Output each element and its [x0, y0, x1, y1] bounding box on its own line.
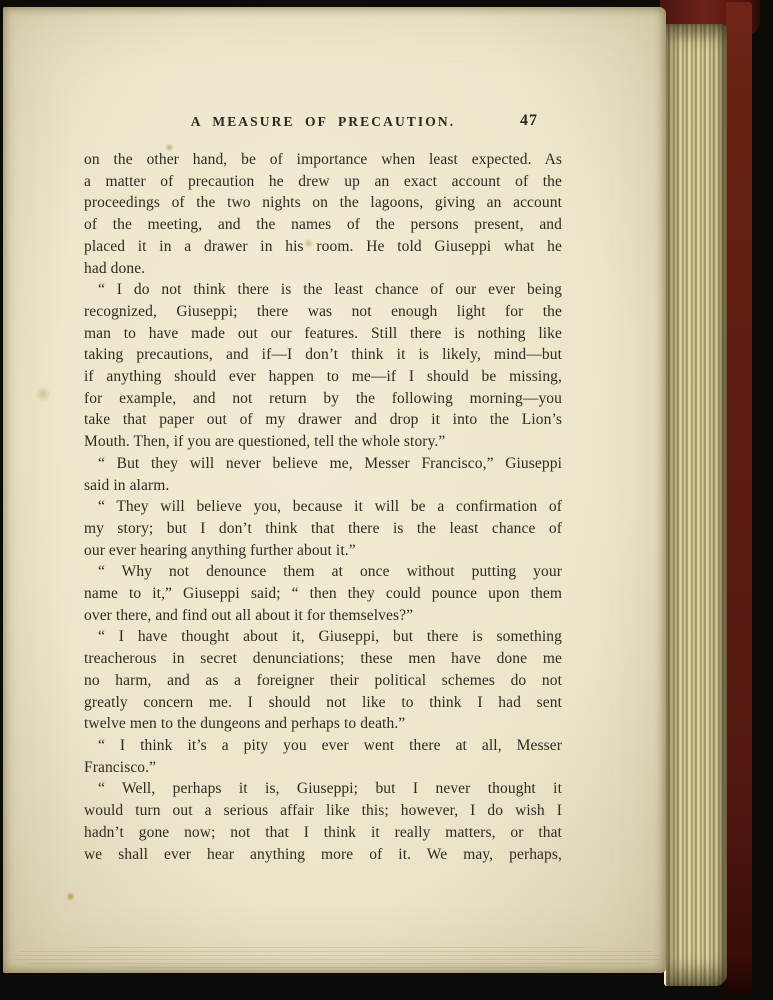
text-line: Mouth. Then, if you are questioned, tell…	[84, 431, 562, 453]
text-line: greatly concern me. I should not like to…	[84, 692, 562, 714]
paragraph: “ But they will never believe me, Messer…	[84, 453, 562, 496]
text-line: our ever hearing anything further about …	[84, 540, 562, 562]
text-line: “ But they will never believe me, Messer…	[84, 453, 562, 475]
text-line: treacherous in secret denunciations; the…	[84, 648, 562, 670]
text-line: no harm, and as a foreigner their politi…	[84, 670, 562, 692]
text-line: man to have made out our features. Still…	[84, 323, 562, 345]
book-cover-fore-edge	[726, 2, 752, 994]
text-line: twelve men to the dungeons and perhaps t…	[84, 713, 562, 735]
book-page: A MEASURE OF PRECAUTION. 47 on the other…	[3, 7, 666, 973]
page-bottom-curvature	[15, 944, 658, 970]
text-line: name to it,” Giuseppi said; “ then they …	[84, 583, 562, 605]
text-line: on the other hand, be of importance when…	[84, 149, 562, 171]
page-number: 47	[520, 112, 538, 130]
paragraph: “ They will believe you, because it will…	[84, 496, 562, 561]
text-line: would turn out a serious affair like thi…	[84, 800, 562, 822]
paragraph: “ I have thought about it, Giuseppi, but…	[84, 626, 562, 735]
page-edge-stack	[664, 24, 727, 986]
paragraph: “ I think it’s a pity you ever went ther…	[84, 735, 562, 778]
text-line: “ Why not denounce them at once without …	[84, 561, 562, 583]
text-line: “ I think it’s a pity you ever went ther…	[84, 735, 562, 757]
text-line: we shall ever hear anything more of it. …	[84, 844, 562, 866]
text-line: my story; but I don’t think that there i…	[84, 518, 562, 540]
paragraph: “ Well, perhaps it is, Giuseppi; but I n…	[84, 778, 562, 865]
paragraph: on the other hand, be of importance when…	[84, 149, 562, 279]
foxing-stain	[67, 891, 74, 902]
paragraph: “ Why not denounce them at once without …	[84, 561, 562, 626]
text-line: “ Well, perhaps it is, Giuseppi; but I n…	[84, 778, 562, 800]
text-line: placed it in a drawer in his room. He to…	[84, 236, 562, 258]
running-header-title: A MEASURE OF PRECAUTION.	[84, 114, 562, 130]
text-line: “ They will believe you, because it will…	[84, 496, 562, 518]
foxing-stain	[36, 385, 50, 403]
text-line: had done.	[84, 258, 562, 280]
text-line: take that paper out of my drawer and dro…	[84, 409, 562, 431]
text-line: for example, and not return by the follo…	[84, 388, 562, 410]
running-header: A MEASURE OF PRECAUTION. 47	[84, 114, 562, 136]
text-line: a matter of precaution he drew up an exa…	[84, 171, 562, 193]
text-line: if anything should ever happen to me—if …	[84, 366, 562, 388]
text-line: Francisco.”	[84, 757, 562, 779]
paragraph: “ I do not think there is the least chan…	[84, 279, 562, 453]
text-line: taking precautions, and if—I don’t think…	[84, 344, 562, 366]
page-text: on the other hand, be of importance when…	[84, 149, 562, 865]
text-line: recognized, Giuseppi; there was not enou…	[84, 301, 562, 323]
text-line: “ I have thought about it, Giuseppi, but…	[84, 626, 562, 648]
text-line: hadn’t gone now; not that I think it rea…	[84, 822, 562, 844]
book-photo: A MEASURE OF PRECAUTION. 47 on the other…	[0, 0, 773, 1000]
text-line: of the meeting, and the names of the per…	[84, 214, 562, 236]
text-line: said in alarm.	[84, 475, 562, 497]
text-line: proceedings of the two nights on the lag…	[84, 192, 562, 214]
text-line: over there, and find out all about it fo…	[84, 605, 562, 627]
text-line: “ I do not think there is the least chan…	[84, 279, 562, 301]
